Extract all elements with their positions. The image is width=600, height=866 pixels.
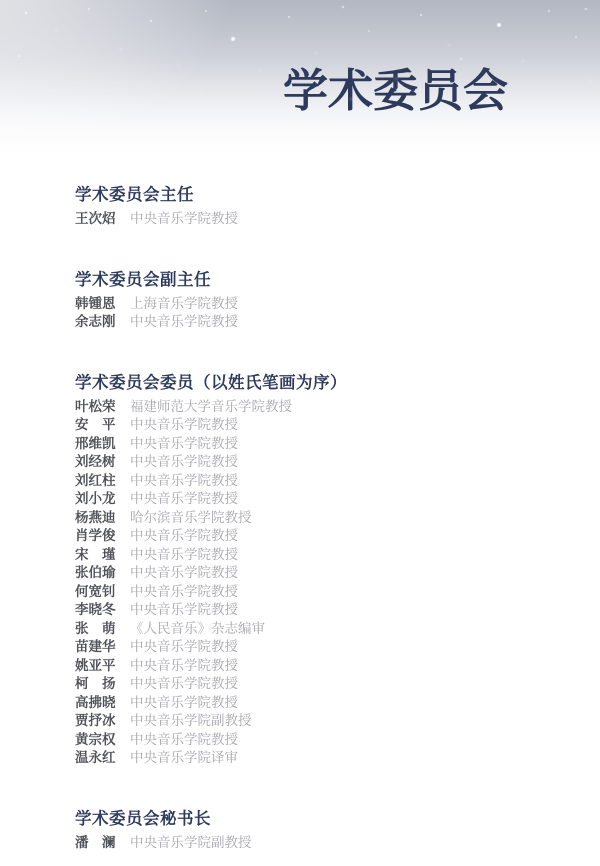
committee-section: 学术委员会主任 王次炤中央音乐学院教授 (75, 185, 540, 229)
member-row: 高拂晓中央音乐学院教授 (75, 694, 540, 713)
member-list: 叶松荣福建师范大学音乐学院教授 安 平中央音乐学院教授 邢维凯中央音乐学院教授 … (75, 398, 540, 768)
member-row: 叶松荣福建师范大学音乐学院教授 (75, 398, 540, 417)
member-affiliation: 中央音乐学院教授 (130, 417, 238, 432)
member-affiliation: 中央音乐学院教授 (130, 676, 238, 691)
member-name: 柯 扬 (75, 675, 118, 694)
member-name: 张 萌 (75, 620, 118, 639)
member-row: 余志刚中央音乐学院教授 (75, 313, 540, 332)
member-name: 黄宗权 (75, 731, 118, 750)
member-row: 张 萌《人民音乐》杂志编审 (75, 620, 540, 639)
committee-section: 学术委员会委员（以姓氏笔画为序） 叶松荣福建师范大学音乐学院教授 安 平中央音乐… (75, 373, 540, 768)
member-affiliation: 中央音乐学院教授 (130, 658, 238, 673)
member-row: 肖学俊中央音乐学院教授 (75, 527, 540, 546)
member-row: 潘 澜中央音乐学院副教授 (75, 834, 540, 853)
committee-section: 学术委员会副主任 韩锺恩上海音乐学院教授 余志刚中央音乐学院教授 (75, 270, 540, 332)
member-row: 苗建华中央音乐学院教授 (75, 638, 540, 657)
member-row: 柯 扬中央音乐学院教授 (75, 675, 540, 694)
member-name: 高拂晓 (75, 694, 118, 713)
member-row: 刘红柱中央音乐学院教授 (75, 472, 540, 491)
member-affiliation: 中央音乐学院教授 (130, 454, 238, 469)
member-affiliation: 中央音乐学院教授 (130, 565, 238, 580)
member-affiliation: 中央音乐学院教授 (130, 695, 238, 710)
section-heading: 学术委员会主任 (75, 185, 540, 205)
member-row: 李晓冬中央音乐学院教授 (75, 601, 540, 620)
member-affiliation: 中央音乐学院教授 (130, 473, 238, 488)
member-list: 韩锺恩上海音乐学院教授 余志刚中央音乐学院教授 (75, 295, 540, 332)
member-affiliation: 中央音乐学院教授 (130, 528, 238, 543)
section-heading: 学术委员会副主任 (75, 270, 540, 290)
page-title: 学术委员会 (0, 0, 600, 113)
member-row: 王次炤中央音乐学院教授 (75, 210, 540, 229)
member-name: 姚亚平 (75, 657, 118, 676)
section-heading: 学术委员会委员（以姓氏笔画为序） (75, 373, 540, 393)
member-name: 杨燕迪 (75, 509, 118, 528)
member-affiliation: 中央音乐学院教授 (130, 547, 238, 562)
member-name: 张伯瑜 (75, 564, 118, 583)
member-affiliation: 中央音乐学院教授 (130, 602, 238, 617)
member-affiliation: 中央音乐学院副教授 (130, 835, 252, 850)
member-name: 刘小龙 (75, 490, 118, 509)
member-row: 邢维凯中央音乐学院教授 (75, 435, 540, 454)
committee-page: 学术委员会 学术委员会主任 王次炤中央音乐学院教授 学术委员会副主任 韩锺恩上海… (0, 0, 600, 866)
member-name: 肖学俊 (75, 527, 118, 546)
member-row: 姚亚平中央音乐学院教授 (75, 657, 540, 676)
member-affiliation: 中央音乐学院教授 (130, 732, 238, 747)
member-row: 刘经树中央音乐学院教授 (75, 453, 540, 472)
member-affiliation: 中央音乐学院教授 (130, 639, 238, 654)
member-affiliation: 哈尔滨音乐学院教授 (130, 510, 252, 525)
member-row: 宋 瑾中央音乐学院教授 (75, 546, 540, 565)
member-row: 温永红中央音乐学院译审 (75, 749, 540, 768)
member-name: 叶松荣 (75, 398, 118, 417)
member-affiliation: 中央音乐学院教授 (130, 211, 238, 226)
member-row: 韩锺恩上海音乐学院教授 (75, 295, 540, 314)
member-affiliation: 中央音乐学院副教授 (130, 713, 252, 728)
member-row: 刘小龙中央音乐学院教授 (75, 490, 540, 509)
member-name: 苗建华 (75, 638, 118, 657)
member-name: 王次炤 (75, 210, 118, 229)
member-list: 潘 澜中央音乐学院副教授 (75, 834, 540, 853)
member-row: 贾抒冰中央音乐学院副教授 (75, 712, 540, 731)
section-heading: 学术委员会秘书长 (75, 809, 540, 829)
member-name: 余志刚 (75, 313, 118, 332)
member-name: 潘 澜 (75, 834, 118, 853)
member-name: 安 平 (75, 416, 118, 435)
member-affiliation: 福建师范大学音乐学院教授 (130, 399, 292, 414)
member-affiliation: 中央音乐学院教授 (130, 314, 238, 329)
member-affiliation: 中央音乐学院教授 (130, 436, 238, 451)
member-affiliation: 中央音乐学院教授 (130, 491, 238, 506)
member-name: 韩锺恩 (75, 295, 118, 314)
member-name: 邢维凯 (75, 435, 118, 454)
member-row: 何宽钊中央音乐学院教授 (75, 583, 540, 602)
member-row: 黄宗权中央音乐学院教授 (75, 731, 540, 750)
member-affiliation: 上海音乐学院教授 (130, 296, 238, 311)
member-row: 杨燕迪哈尔滨音乐学院教授 (75, 509, 540, 528)
member-affiliation: 中央音乐学院译审 (130, 750, 238, 765)
member-name: 宋 瑾 (75, 546, 118, 565)
member-name: 刘红柱 (75, 472, 118, 491)
committee-section: 学术委员会秘书长 潘 澜中央音乐学院副教授 (75, 809, 540, 853)
member-affiliation: 中央音乐学院教授 (130, 584, 238, 599)
member-row: 张伯瑜中央音乐学院教授 (75, 564, 540, 583)
sections-container: 学术委员会主任 王次炤中央音乐学院教授 学术委员会副主任 韩锺恩上海音乐学院教授… (0, 185, 600, 852)
member-row: 安 平中央音乐学院教授 (75, 416, 540, 435)
member-name: 李晓冬 (75, 601, 118, 620)
member-name: 贾抒冰 (75, 712, 118, 731)
member-name: 刘经树 (75, 453, 118, 472)
member-name: 何宽钊 (75, 583, 118, 602)
member-list: 王次炤中央音乐学院教授 (75, 210, 540, 229)
member-affiliation: 《人民音乐》杂志编审 (130, 621, 265, 636)
member-name: 温永红 (75, 749, 118, 768)
